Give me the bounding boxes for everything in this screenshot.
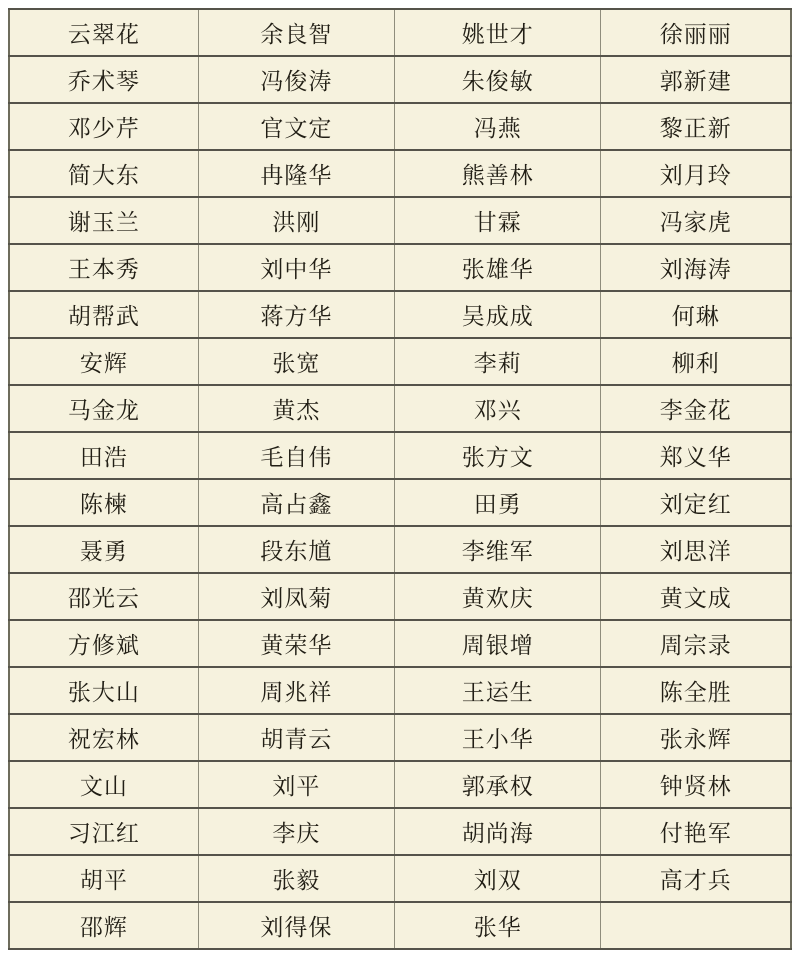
name-cell: 胡尚海 [395, 808, 601, 855]
name-cell: 冯家虎 [601, 197, 791, 244]
name-cell: 王小华 [395, 714, 601, 761]
table-row: 聂勇段东馗李维军刘思洋 [9, 526, 791, 573]
page: 云翠花余良智姚世才徐丽丽乔术琴冯俊涛朱俊敏郭新建邓少芹官文定冯燕黎正新简大东冉隆… [0, 0, 800, 957]
name-cell: 简大东 [9, 150, 198, 197]
table-row: 王本秀刘中华张雄华刘海涛 [9, 244, 791, 291]
name-cell: 毛自伟 [198, 432, 394, 479]
table-row: 陈楝高占鑫田勇刘定红 [9, 479, 791, 526]
name-cell: 洪刚 [198, 197, 394, 244]
name-cell: 刘思洋 [601, 526, 791, 573]
name-cell: 李庆 [198, 808, 394, 855]
name-cell: 李金花 [601, 385, 791, 432]
names-table: 云翠花余良智姚世才徐丽丽乔术琴冯俊涛朱俊敏郭新建邓少芹官文定冯燕黎正新简大东冉隆… [8, 8, 792, 950]
table-row: 云翠花余良智姚世才徐丽丽 [9, 9, 791, 56]
name-cell: 周兆祥 [198, 667, 394, 714]
name-cell: 李维军 [395, 526, 601, 573]
name-cell: 邵辉 [9, 902, 198, 949]
table-row: 邓少芹官文定冯燕黎正新 [9, 103, 791, 150]
name-cell: 田浩 [9, 432, 198, 479]
name-cell: 熊善林 [395, 150, 601, 197]
name-cell: 张大山 [9, 667, 198, 714]
name-cell: 张毅 [198, 855, 394, 902]
table-row: 谢玉兰洪刚甘霖冯家虎 [9, 197, 791, 244]
name-cell: 黄欢庆 [395, 573, 601, 620]
name-cell: 乔术琴 [9, 56, 198, 103]
names-table-body: 云翠花余良智姚世才徐丽丽乔术琴冯俊涛朱俊敏郭新建邓少芹官文定冯燕黎正新简大东冉隆… [9, 9, 791, 949]
name-cell: 姚世才 [395, 9, 601, 56]
table-row: 马金龙黄杰邓兴李金花 [9, 385, 791, 432]
name-cell: 徐丽丽 [601, 9, 791, 56]
name-cell: 邓少芹 [9, 103, 198, 150]
name-cell: 付艳军 [601, 808, 791, 855]
name-cell: 陈全胜 [601, 667, 791, 714]
name-cell: 谢玉兰 [9, 197, 198, 244]
name-cell: 黎正新 [601, 103, 791, 150]
name-cell: 官文定 [198, 103, 394, 150]
name-cell: 张宽 [198, 338, 394, 385]
table-row: 张大山周兆祥王运生陈全胜 [9, 667, 791, 714]
table-row: 安辉张宽李莉柳利 [9, 338, 791, 385]
name-cell: 刘凤菊 [198, 573, 394, 620]
name-cell: 郭新建 [601, 56, 791, 103]
name-cell: 胡平 [9, 855, 198, 902]
name-cell: 钟贤林 [601, 761, 791, 808]
name-cell: 云翠花 [9, 9, 198, 56]
name-cell: 刘月玲 [601, 150, 791, 197]
name-cell: 高占鑫 [198, 479, 394, 526]
name-cell: 邓兴 [395, 385, 601, 432]
name-cell: 马金龙 [9, 385, 198, 432]
name-cell: 高才兵 [601, 855, 791, 902]
name-cell: 刘中华 [198, 244, 394, 291]
name-cell: 张雄华 [395, 244, 601, 291]
name-cell: 黄杰 [198, 385, 394, 432]
table-row: 邵光云刘凤菊黄欢庆黄文成 [9, 573, 791, 620]
name-cell: 李莉 [395, 338, 601, 385]
name-cell: 习江红 [9, 808, 198, 855]
name-cell: 黄荣华 [198, 620, 394, 667]
name-cell: 刘海涛 [601, 244, 791, 291]
name-cell: 郭承权 [395, 761, 601, 808]
table-row: 习江红李庆胡尚海付艳军 [9, 808, 791, 855]
name-cell: 冯俊涛 [198, 56, 394, 103]
empty-cell [601, 902, 791, 949]
name-cell: 张永辉 [601, 714, 791, 761]
name-cell: 冯燕 [395, 103, 601, 150]
name-cell: 刘平 [198, 761, 394, 808]
name-cell: 郑义华 [601, 432, 791, 479]
table-row: 乔术琴冯俊涛朱俊敏郭新建 [9, 56, 791, 103]
name-cell: 吴成成 [395, 291, 601, 338]
name-cell: 田勇 [395, 479, 601, 526]
name-cell: 朱俊敏 [395, 56, 601, 103]
table-row: 简大东冉隆华熊善林刘月玲 [9, 150, 791, 197]
table-row: 祝宏林胡青云王小华张永辉 [9, 714, 791, 761]
name-cell: 冉隆华 [198, 150, 394, 197]
name-cell: 方修斌 [9, 620, 198, 667]
name-cell: 刘双 [395, 855, 601, 902]
name-cell: 周宗录 [601, 620, 791, 667]
table-row: 田浩毛自伟张方文郑义华 [9, 432, 791, 479]
table-row: 邵辉刘得保张华 [9, 902, 791, 949]
name-cell: 张华 [395, 902, 601, 949]
name-cell: 祝宏林 [9, 714, 198, 761]
name-cell: 文山 [9, 761, 198, 808]
name-cell: 安辉 [9, 338, 198, 385]
name-cell: 胡青云 [198, 714, 394, 761]
name-cell: 刘定红 [601, 479, 791, 526]
name-cell: 黄文成 [601, 573, 791, 620]
name-cell: 余良智 [198, 9, 394, 56]
name-cell: 王本秀 [9, 244, 198, 291]
table-row: 胡帮武蒋方华吴成成何琳 [9, 291, 791, 338]
name-cell: 甘霖 [395, 197, 601, 244]
name-cell: 陈楝 [9, 479, 198, 526]
name-cell: 胡帮武 [9, 291, 198, 338]
name-cell: 段东馗 [198, 526, 394, 573]
table-row: 文山刘平郭承权钟贤林 [9, 761, 791, 808]
table-row: 胡平张毅刘双高才兵 [9, 855, 791, 902]
name-cell: 何琳 [601, 291, 791, 338]
name-cell: 周银增 [395, 620, 601, 667]
name-cell: 蒋方华 [198, 291, 394, 338]
table-row: 方修斌黄荣华周银增周宗录 [9, 620, 791, 667]
name-cell: 柳利 [601, 338, 791, 385]
name-cell: 刘得保 [198, 902, 394, 949]
name-cell: 张方文 [395, 432, 601, 479]
name-cell: 邵光云 [9, 573, 198, 620]
name-cell: 王运生 [395, 667, 601, 714]
name-cell: 聂勇 [9, 526, 198, 573]
